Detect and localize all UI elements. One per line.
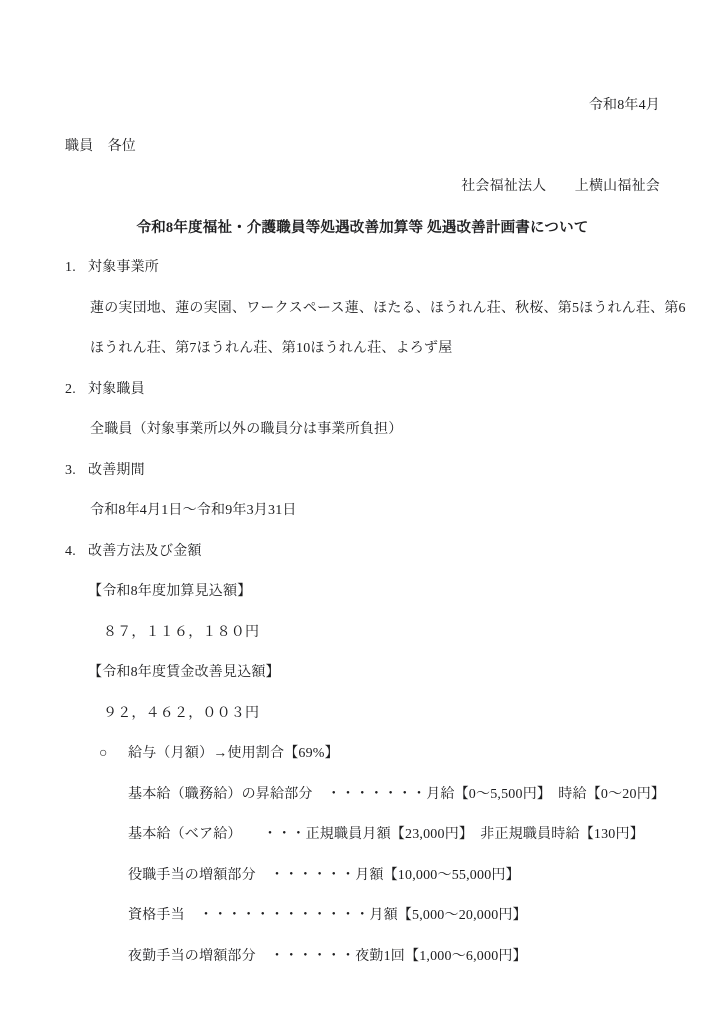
section-4-number: 4. — [65, 532, 88, 573]
allowance-item-position: 役職手当の増額部分 ・・・・・・月額【10,000～55,000円】 — [65, 856, 660, 897]
section-3-heading-row: 3.改善期間 — [65, 451, 660, 492]
addition-estimate-label: 【令和8年度加算見込額】 — [65, 572, 660, 613]
allowance-item-base-up: 基本給（ベア給） ・・・正規職員月額【23,000円】 非正規職員時給【130円… — [65, 815, 660, 856]
document-page: 令和8年4月 職員 各位 社会福祉法人 上横山福祉会 令和8年度福祉・介護職員等… — [0, 0, 724, 1024]
section-4-heading-row: 4.改善方法及び金額 — [65, 532, 660, 573]
section-3-heading: 改善期間 — [88, 463, 145, 478]
recipient-line: 職員 各位 — [65, 127, 660, 168]
section-4-heading: 改善方法及び金額 — [88, 544, 202, 559]
section-1-body-line-2: ほうれん荘、第7ほうれん荘、第10ほうれん荘、よろず屋 — [65, 329, 660, 370]
section-1-heading-row: 1.対象事業所 — [65, 248, 660, 289]
section-2-body-line-1: 全職員（対象事業所以外の職員分は事業所負担） — [65, 410, 660, 451]
section-3-number: 3. — [65, 451, 88, 492]
salary-usage-row: ○給与（月額）→使用割合【69%】 — [65, 734, 660, 775]
salary-usage-text: 給与（月額）→使用割合【69%】 — [128, 746, 339, 761]
allowance-item-base-raise: 基本給（職務給）の昇給部分 ・・・・・・・月給【0～5,500円】 時給【0～2… — [65, 775, 660, 816]
sender-organization: 社会福祉法人 上横山福祉会 — [65, 167, 660, 208]
allowance-item-qualification: 資格手当 ・・・・・・・・・・・・月額【5,000～20,000円】 — [65, 896, 660, 937]
section-2-heading: 対象職員 — [88, 382, 145, 397]
section-1-number: 1. — [65, 248, 88, 289]
section-2-number: 2. — [65, 370, 88, 411]
allowance-item-night-shift: 夜勤手当の増額部分 ・・・・・・夜勤1回【1,000～6,000円】 — [65, 937, 660, 978]
section-2-heading-row: 2.対象職員 — [65, 370, 660, 411]
wage-improvement-amount: ９２，４６２，００３円 — [65, 694, 660, 735]
addition-estimate-amount: ８７，１１６，１８０円 — [65, 613, 660, 654]
section-1-heading: 対象事業所 — [88, 260, 159, 275]
document-date: 令和8年4月 — [65, 86, 660, 127]
wage-improvement-label: 【令和8年度賃金改善見込額】 — [65, 653, 660, 694]
page-title: 令和8年度福祉・介護職員等処遇改善加算等 処遇改善計画書について — [65, 208, 660, 249]
section-1-body-line-1: 蓮の実団地、蓮の実園、ワークスペース蓮、ほたる、ほうれん荘、秋桜、第5ほうれん荘… — [65, 289, 660, 330]
section-3-body-line-1: 令和8年4月1日～令和9年3月31日 — [65, 491, 660, 532]
circle-bullet-icon: ○ — [99, 734, 128, 775]
